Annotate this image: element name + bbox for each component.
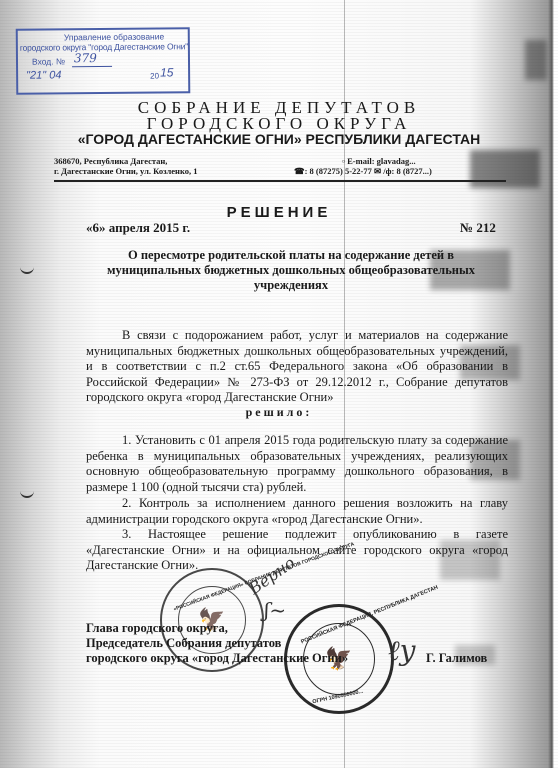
item-2: 2. Контроль за исполнением данного решен…: [86, 496, 508, 527]
item-1: 1. Установить с 01 апреля 2015 года роди…: [86, 433, 508, 495]
fax-icon: ✉: [374, 166, 381, 176]
preamble-paragraph: В связи с подорожанием работ, услуг и ма…: [86, 328, 508, 406]
document-title: РЕШЕНИЕ: [0, 204, 558, 221]
contacts-block: ▫ E-mail: glavadag... ☎: 8 (87275) 5-22-…: [312, 156, 432, 176]
resolved-heading: решило:: [0, 405, 558, 420]
email-icon: ▫: [342, 156, 345, 166]
incoming-registration-stamp: Управление образование городского округа…: [16, 27, 191, 95]
stamp-incoming-label: Вход. №: [32, 56, 65, 66]
signatory-title-line1: Глава городского округа,: [86, 621, 348, 636]
stamp-org-line2: городского округа "город Дагестанские Ог…: [20, 41, 188, 52]
signatory-title-line2: Председатель Собрания депутатов: [86, 636, 348, 651]
org-name-line3: «ГОРОД ДАГЕСТАНСКИЕ ОГНИ» РЕСПУБЛИКИ ДАГ…: [0, 131, 558, 147]
signatory-name: Г. Галимов: [426, 651, 487, 666]
head-signature-icon: ℓy: [388, 634, 415, 668]
fax-text: /ф: 8 (8727...): [383, 166, 432, 176]
address-block: 368670, Республика Дагестан, г. Дагестан…: [54, 156, 198, 176]
stamp-underline: [72, 66, 112, 67]
stamp-year-suffix: 15: [160, 67, 173, 77]
signature-block: Глава городского округа, Председатель Со…: [86, 621, 348, 666]
document-number: № 212: [460, 220, 496, 236]
stamp-year-prefix: 20: [150, 72, 159, 82]
phone-text: ☎: 8 (87275) 5-22-77: [294, 166, 372, 176]
stamp-incoming-number: 379: [74, 53, 97, 63]
signature-scribble-icon: ʃ~: [264, 598, 286, 622]
signatory-title-line3: городского округа «город Дагестанские Ог…: [86, 651, 348, 666]
letterhead-divider: [54, 180, 506, 182]
address-line1: 368670, Республика Дагестан,: [54, 156, 198, 166]
email-label: E-mail:: [347, 156, 374, 166]
address-line2: г. Дагестанские Огни, ул. Козленко, 1: [54, 166, 198, 176]
scan-smear: [470, 150, 540, 188]
document-date: «6» апреля 2015 г.: [86, 220, 190, 236]
email-value: glavadag...: [377, 156, 416, 166]
stamp-date: "21" 04: [26, 70, 61, 80]
document-subject: О пересмотре родительской платы на содер…: [96, 248, 486, 293]
scan-smear: [525, 40, 547, 80]
